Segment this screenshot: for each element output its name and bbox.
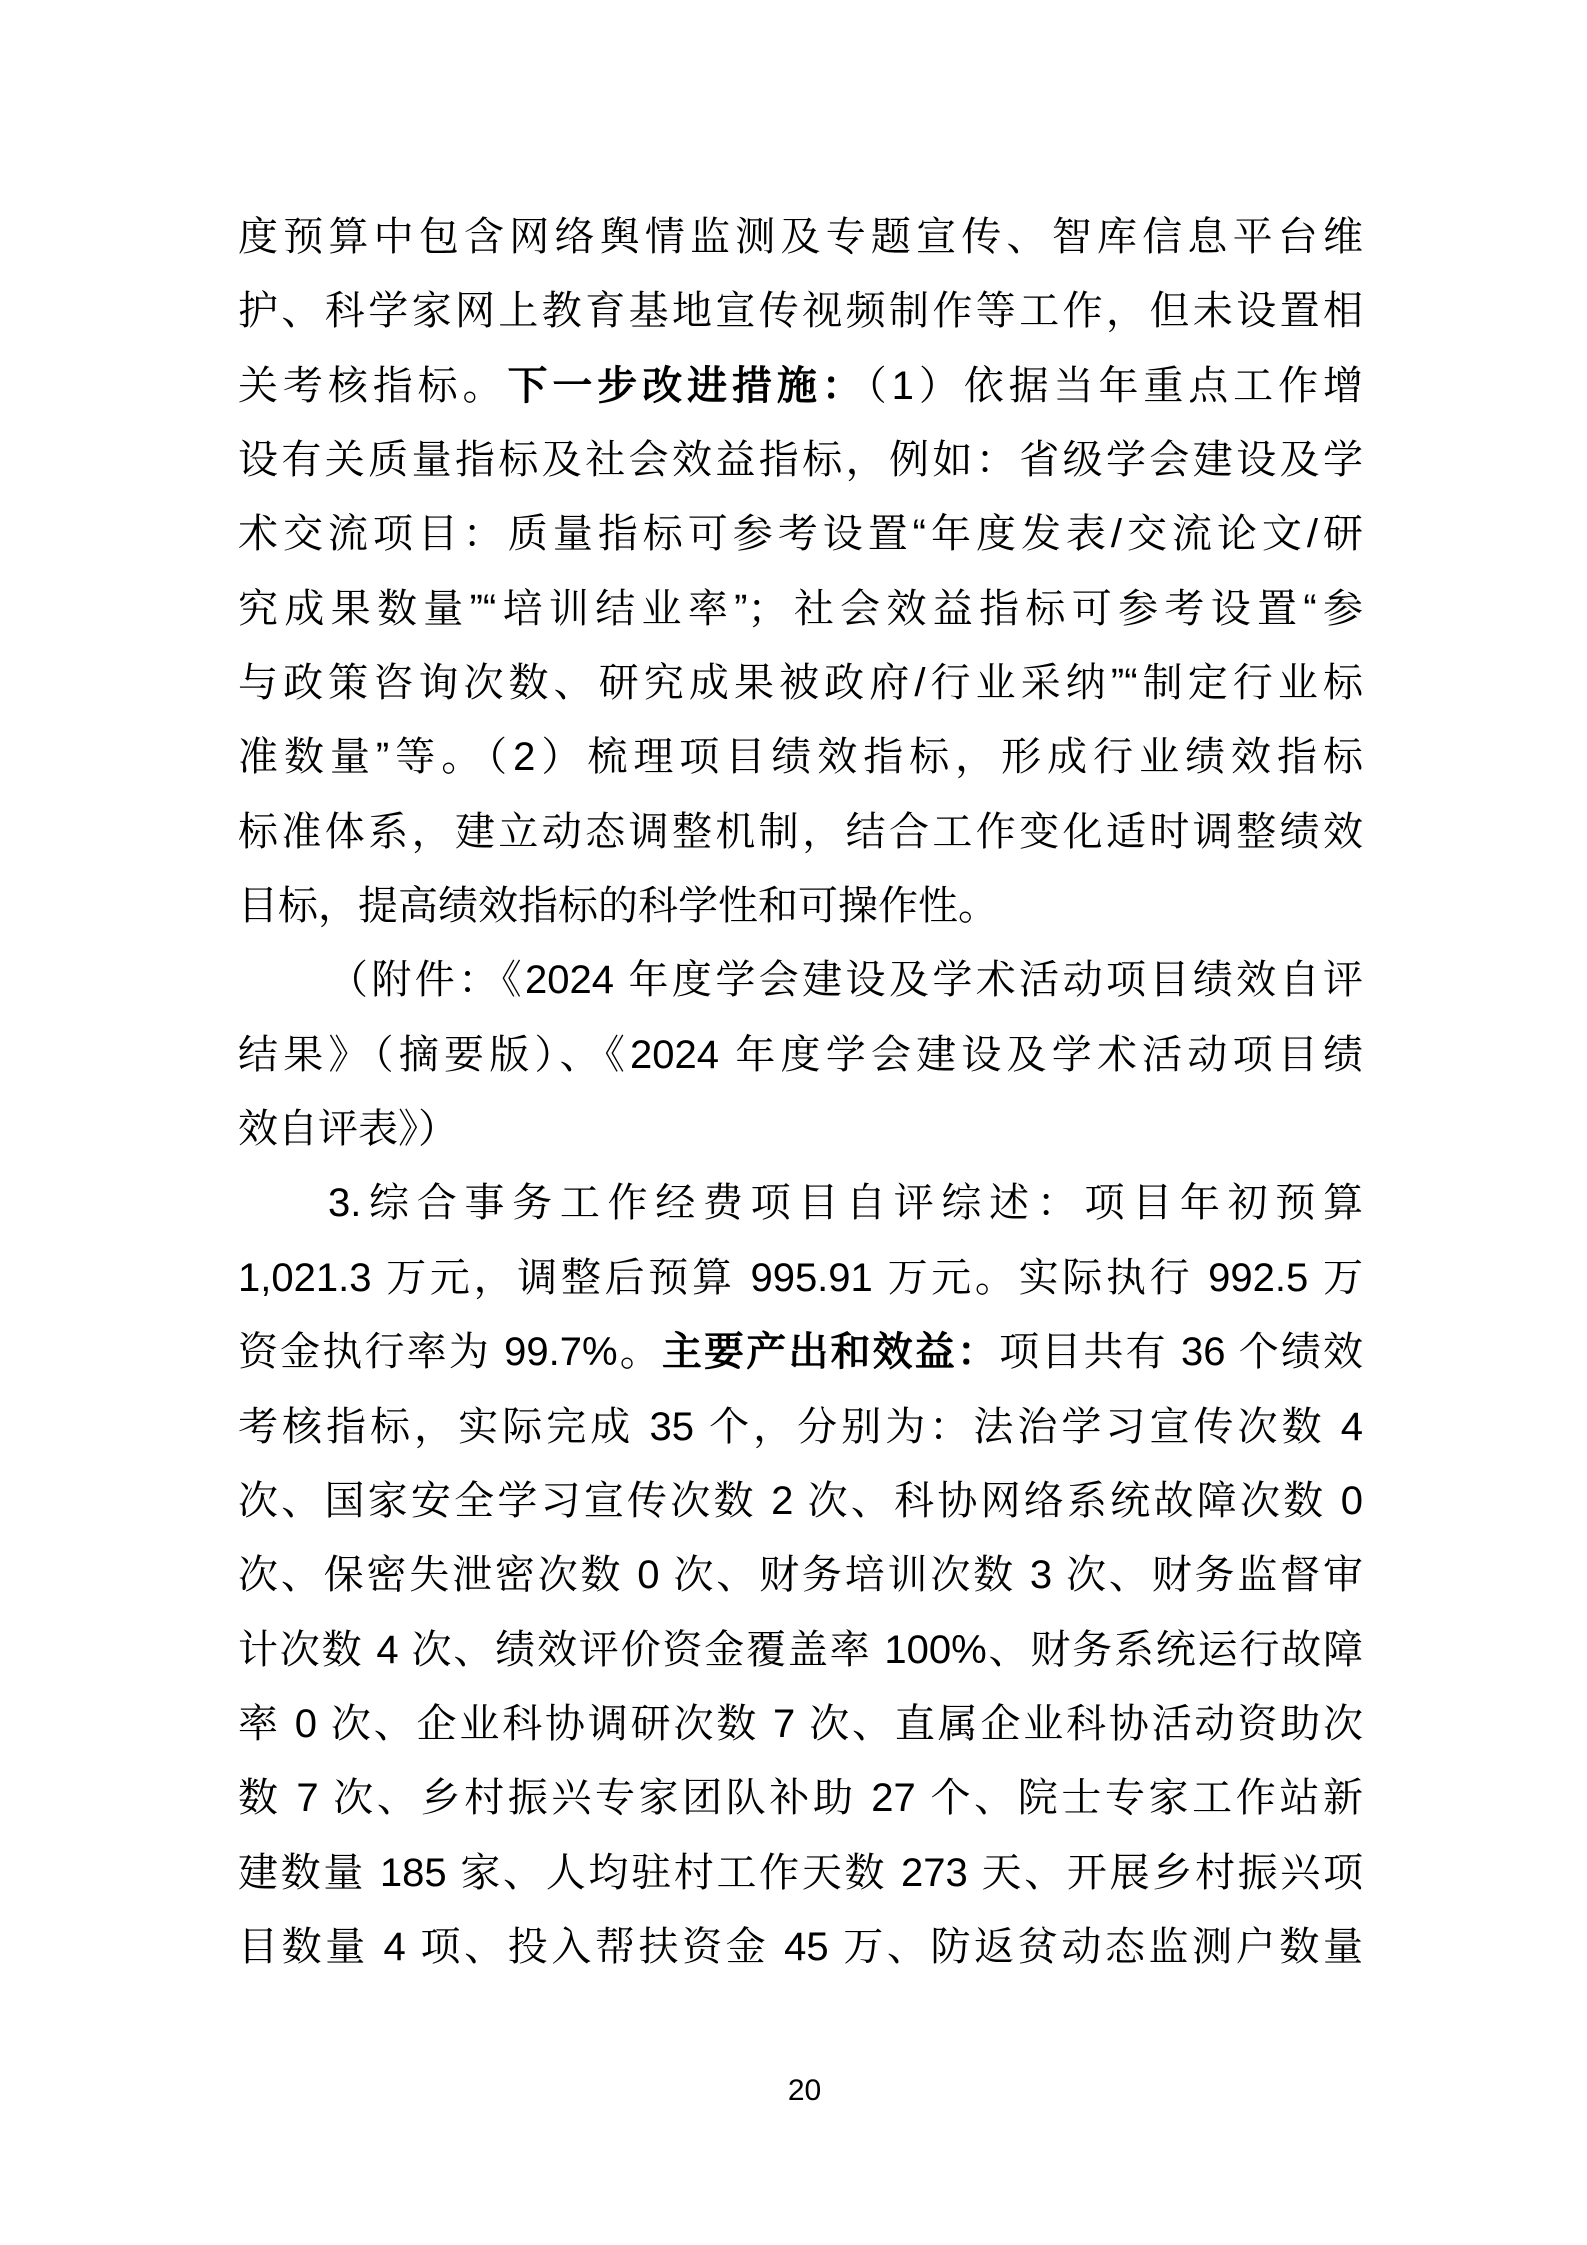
document-page: 度预算中包含网络舆情监测及专题宣传、智库信息平台维护、科学家网上教育基地宣传视频… [0, 0, 1587, 2245]
text-segment: 目标，提高绩效指标的科学性和可操作性。 [238, 884, 998, 928]
text-segment: 究成果数量”“培训结业率”；社会效益指标可参考设置“参 [238, 587, 1363, 631]
text-segment: 目数量 4 项、投入帮扶资金 45 万、防返贫动态监测户数量 [238, 1925, 1363, 1969]
text-line: 目标，提高绩效指标的科学性和可操作性。 [238, 869, 1363, 943]
text-line: 次、国家安全学习宣传次数 2 次、科协网络系统故障次数 0 [238, 1464, 1363, 1538]
page-number: 20 [788, 2074, 821, 2107]
text-segment: （1）依据当年重点工作增 [867, 364, 1363, 408]
text-line: 资金执行率为 99.7%。主要产出和效益：项目共有 36 个绩效 [238, 1315, 1363, 1389]
text-segment: 设有关质量指标及社会效益指标，例如：省级学会建设及学 [238, 438, 1363, 482]
text-segment: 次、国家安全学习宣传次数 2 次、科协网络系统故障次数 0 [238, 1479, 1363, 1523]
text-line: 考核指标，实际完成 35 个，分别为：法治学习宣传次数 4 [238, 1390, 1363, 1464]
text-segment: 1,021.3 万元，调整后预算 995.91 万元。实际执行 992.5 万元… [238, 1256, 1363, 1315]
text-segment: 计次数 4 次、绩效评价资金覆盖率 100%、财务系统运行故障 [238, 1628, 1363, 1672]
text-line: 标准体系，建立动态调整机制，结合工作变化适时调整绩效 [238, 795, 1363, 869]
text-line: 效自评表》） [238, 1092, 1363, 1166]
text-line: 率 0 次、企业科协调研次数 7 次、直属企业科协活动资助次 [238, 1687, 1363, 1761]
text-line: 度预算中包含网络舆情监测及专题宣传、智库信息平台维 [238, 200, 1363, 274]
text-line: 计次数 4 次、绩效评价资金覆盖率 100%、财务系统运行故障 [238, 1613, 1363, 1687]
text-segment: 术交流项目：质量指标可参考设置“年度发表/交流论文/研 [238, 512, 1363, 556]
text-line: 数 7 次、乡村振兴专家团队补助 27 个、院士专家工作站新 [238, 1761, 1363, 1835]
text-line: 准数量”等。（2）梳理项目绩效指标，形成行业绩效指标 [238, 720, 1363, 794]
text-line: 结果》（摘要版）、《2024 年度学会建设及学术活动项目绩 [238, 1018, 1363, 1092]
text-segment: 度预算中包含网络舆情监测及专题宣传、智库信息平台维 [238, 215, 1363, 259]
text-segment: 建数量 185 家、人均驻村工作天数 273 天、开展乡村振兴项 [238, 1851, 1363, 1895]
text-line: （附件：《2024 年度学会建设及学术活动项目绩效自评 [238, 943, 1363, 1017]
text-segment: 标准体系，建立动态调整机制，结合工作变化适时调整绩效 [238, 810, 1363, 854]
text-line: 建数量 185 家、人均驻村工作天数 273 天、开展乡村振兴项 [238, 1836, 1363, 1910]
text-segment: 关考核指标。 [238, 364, 507, 408]
text-line: 究成果数量”“培训结业率”；社会效益指标可参考设置“参 [238, 572, 1363, 646]
text-line: 目数量 4 项、投入帮扶资金 45 万、防返贫动态监测户数量 [238, 1910, 1363, 1984]
text-segment: 3.综合事务工作经费项目自评综述：项目年初预算 [328, 1181, 1363, 1225]
page-footer: 20 [11, 2072, 1587, 2110]
bold-text-segment: 主要产出和效益： [662, 1330, 999, 1374]
text-segment: 与政策咨询次数、研究成果被政府/行业采纳”“制定行业标 [238, 661, 1363, 705]
document-body: 度预算中包含网络舆情监测及专题宣传、智库信息平台维护、科学家网上教育基地宣传视频… [238, 200, 1363, 1984]
text-line: 1,021.3 万元，调整后预算 995.91 万元。实际执行 992.5 万元… [238, 1241, 1363, 1315]
text-segment: 准数量”等。（2）梳理项目绩效指标，形成行业绩效指标 [238, 735, 1363, 779]
text-segment: 数 7 次、乡村振兴专家团队补助 27 个、院士专家工作站新 [238, 1776, 1363, 1820]
text-line: 与政策咨询次数、研究成果被政府/行业采纳”“制定行业标 [238, 646, 1363, 720]
text-line: 术交流项目：质量指标可参考设置“年度发表/交流论文/研 [238, 497, 1363, 571]
text-segment: 结果》（摘要版）、《2024 年度学会建设及学术活动项目绩 [238, 1033, 1363, 1077]
text-segment: 率 0 次、企业科协调研次数 7 次、直属企业科协活动资助次 [238, 1702, 1363, 1746]
text-segment: 项目共有 36 个绩效 [999, 1330, 1363, 1374]
text-segment: 护、科学家网上教育基地宣传视频制作等工作，但未设置相 [238, 289, 1363, 333]
text-segment: 资金执行率为 99.7%。 [238, 1330, 662, 1374]
text-segment: 次、保密失泄密次数 0 次、财务培训次数 3 次、财务监督审 [238, 1553, 1363, 1597]
text-line: 关考核指标。下一步改进措施：（1）依据当年重点工作增 [238, 349, 1363, 423]
text-line: 3.综合事务工作经费项目自评综述：项目年初预算 [238, 1166, 1363, 1240]
text-line: 护、科学家网上教育基地宣传视频制作等工作，但未设置相 [238, 274, 1363, 348]
text-segment: 考核指标，实际完成 35 个，分别为：法治学习宣传次数 4 [238, 1405, 1363, 1449]
text-line: 次、保密失泄密次数 0 次、财务培训次数 3 次、财务监督审 [238, 1538, 1363, 1612]
bold-text-segment: 下一步改进措施： [507, 364, 866, 408]
text-segment: 效自评表》） [238, 1107, 458, 1151]
text-segment: （附件：《2024 年度学会建设及学术活动项目绩效自评 [328, 958, 1363, 1002]
text-line: 设有关质量指标及社会效益指标，例如：省级学会建设及学 [238, 423, 1363, 497]
